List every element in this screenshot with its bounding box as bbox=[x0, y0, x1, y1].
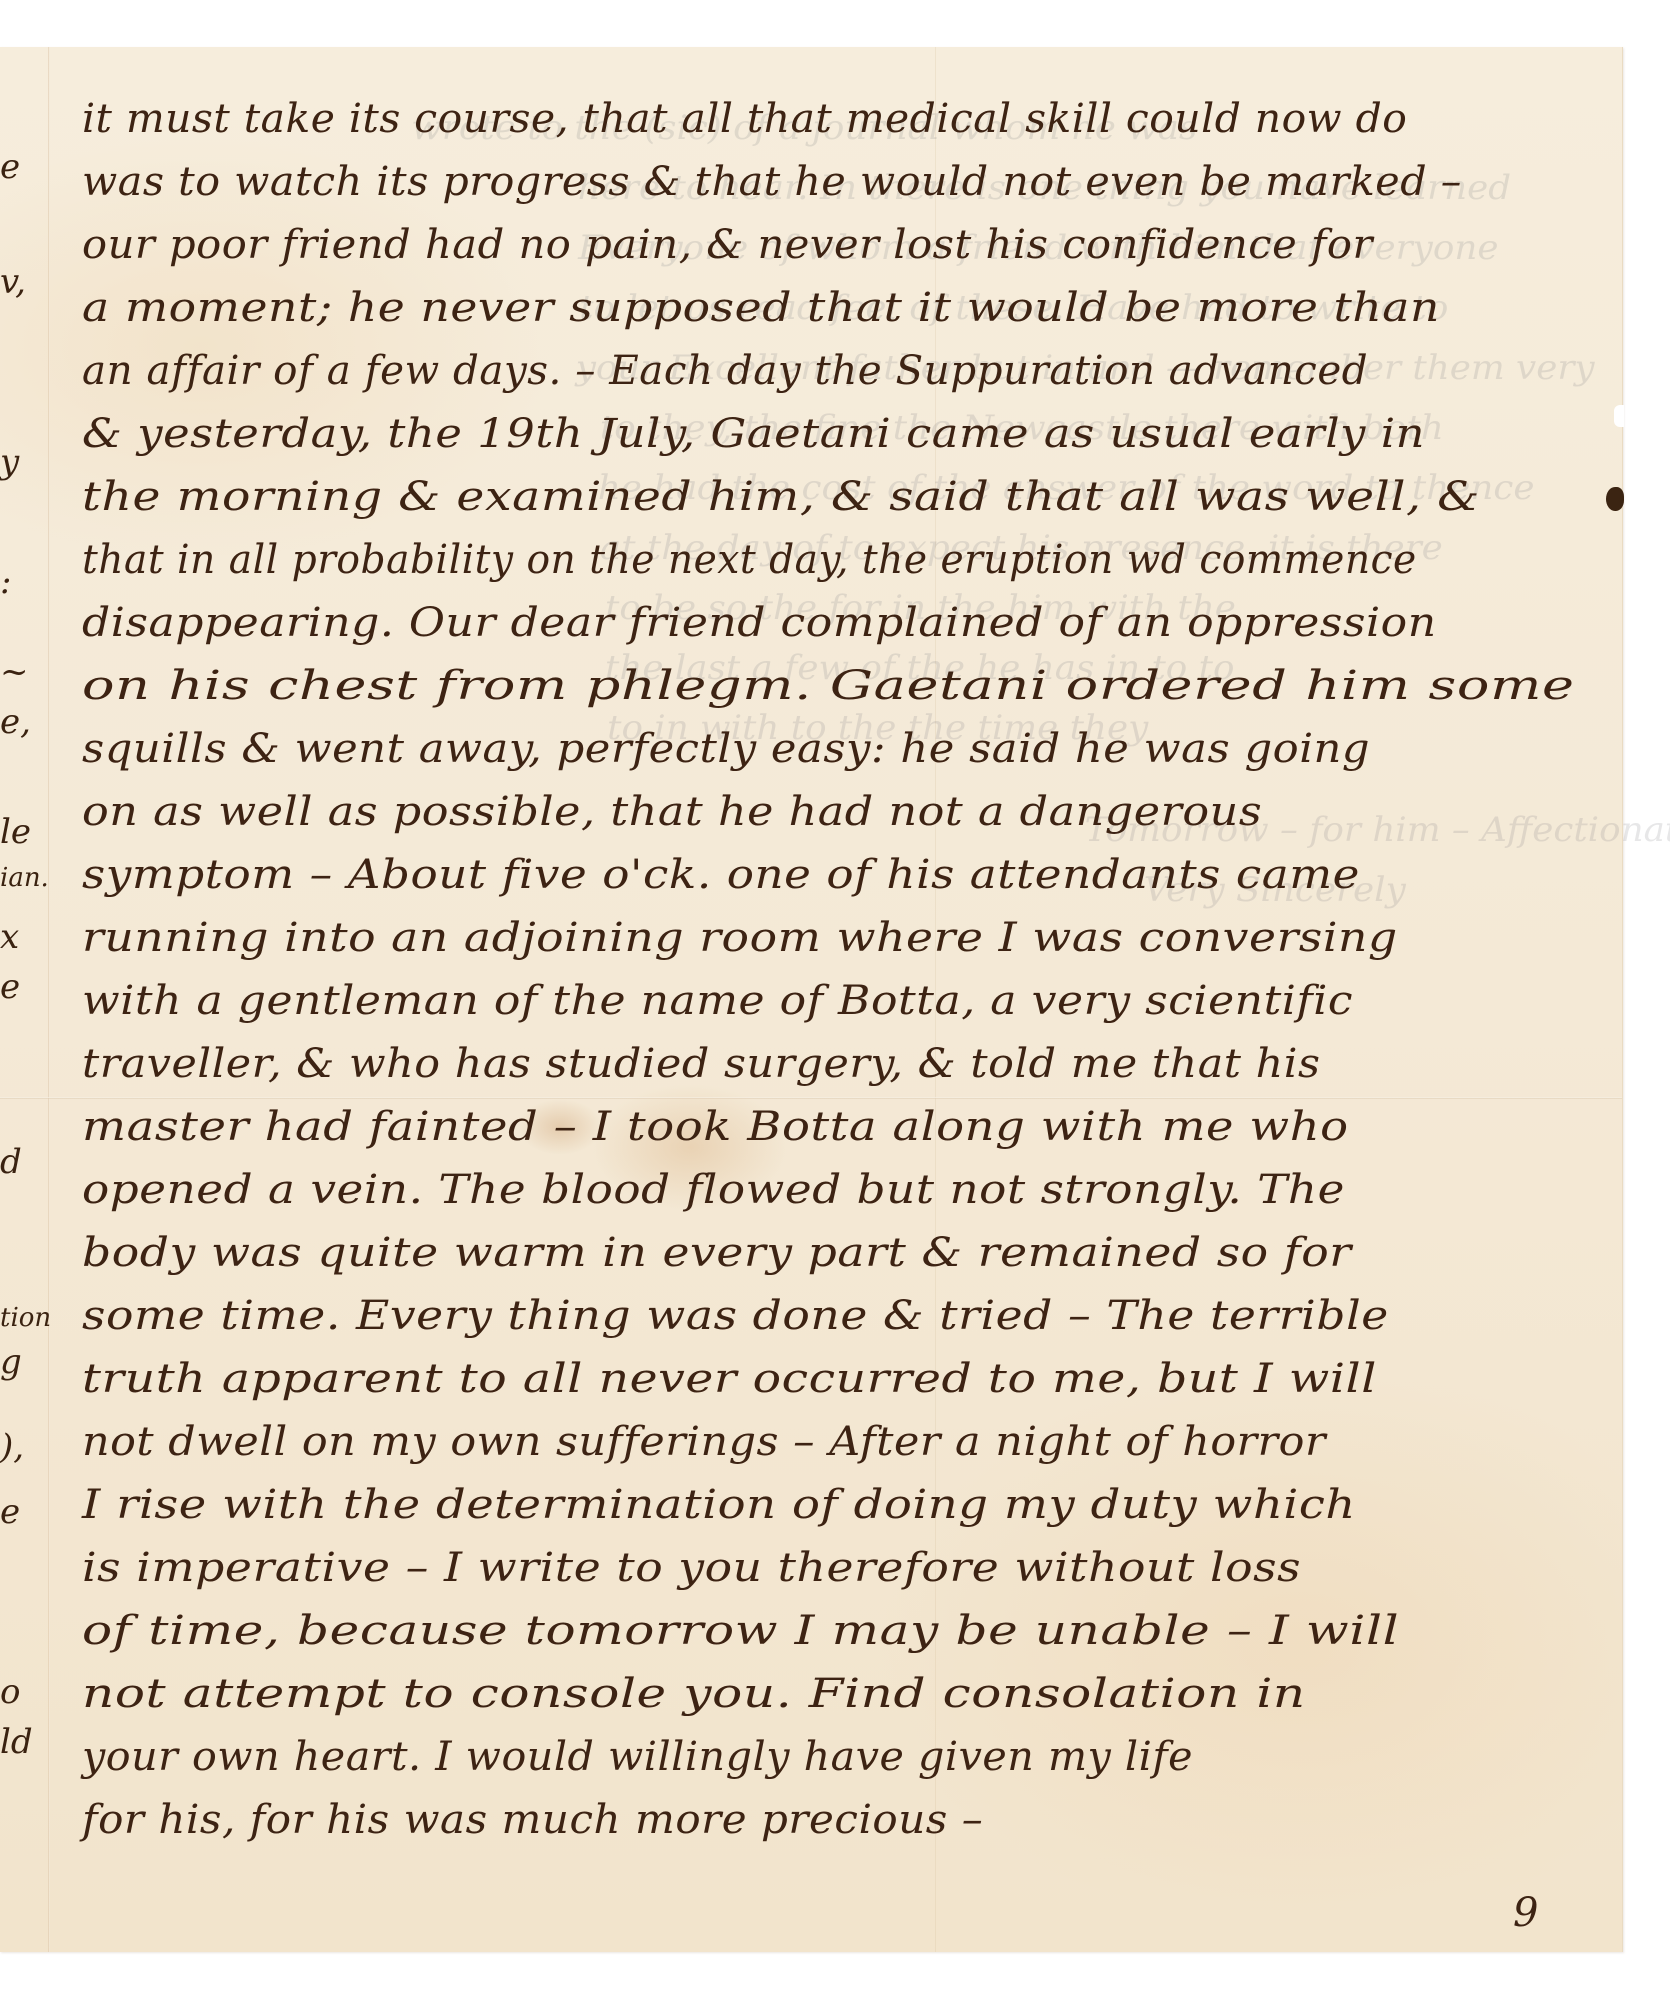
letter-line: disappearing. Our dear friend complained… bbox=[82, 600, 1437, 646]
margin-fragment: g bbox=[0, 1345, 22, 1379]
letter-line: squills & went away, perfectly easy: he … bbox=[82, 726, 1370, 772]
letter-line: that in all probability on the next day,… bbox=[82, 537, 1417, 583]
letter-line: the morning & examined him, & said that … bbox=[82, 474, 1480, 520]
letter-line: was to watch its progress & that he woul… bbox=[82, 159, 1462, 205]
margin-fragment: e bbox=[0, 150, 20, 184]
letter-line: opened a vein. The blood flowed but not … bbox=[82, 1167, 1345, 1213]
letter-line: body was quite warm in every part & rema… bbox=[82, 1230, 1352, 1276]
letter-line: an affair of a few days. – Each day the … bbox=[82, 348, 1368, 394]
horizontal-fold-crease bbox=[0, 1097, 1622, 1099]
margin-fragment: : bbox=[0, 565, 11, 599]
letter-line: on as well as possible, that he had not … bbox=[82, 789, 1262, 835]
margin-fragment: v, bbox=[0, 265, 26, 299]
margin-fragment: o bbox=[0, 1675, 20, 1709]
margin-fragment: e bbox=[0, 970, 20, 1004]
letter-line: is imperative – I write to you therefore… bbox=[82, 1545, 1301, 1591]
page-number: 9 bbox=[1513, 1890, 1538, 1936]
margin-fragment: ~ bbox=[0, 655, 29, 689]
margin-fragment: le bbox=[0, 815, 31, 849]
letter-line: on his chest from phlegm. Gaetani ordere… bbox=[82, 663, 1575, 709]
margin-fragment: x bbox=[0, 920, 19, 954]
margin-fragment: tion bbox=[0, 1305, 51, 1331]
letter-line: master had fainted – I took Botta along … bbox=[82, 1104, 1349, 1150]
letter-line: your own heart. I would willingly have g… bbox=[82, 1734, 1193, 1780]
letter-line: & yesterday, the 19th July, Gaetani came… bbox=[82, 411, 1425, 457]
margin-fragment: e, bbox=[0, 705, 31, 739]
letter-line: with a gentleman of the name of Botta, a… bbox=[82, 978, 1353, 1024]
letter-line: running into an adjoining room where I w… bbox=[82, 915, 1398, 961]
letter-line: our poor friend had no pain, & never los… bbox=[82, 222, 1373, 268]
ink-blot bbox=[1606, 487, 1624, 511]
margin-fragment: d bbox=[0, 1145, 22, 1179]
letter-line: for his, for his was much more precious … bbox=[82, 1797, 983, 1843]
margin-fragment: ), bbox=[0, 1430, 24, 1464]
margin-fragment: e bbox=[0, 1495, 20, 1529]
letter-line: not dwell on my own sufferings – After a… bbox=[82, 1419, 1326, 1465]
letter-line: it must take its course, that all that m… bbox=[82, 96, 1407, 142]
letter-line: truth apparent to all never occurred to … bbox=[82, 1356, 1377, 1402]
vertical-fold-crease bbox=[48, 47, 50, 1952]
letter-line: traveller, & who has studied surgery, & … bbox=[82, 1041, 1320, 1087]
adjacent-page-fragments: e v, y : ~ e, le ian. x e d tion g ), e … bbox=[0, 0, 48, 2000]
letter-line: symptom – About five o'ck. one of his at… bbox=[82, 852, 1360, 898]
letter-line: some time. Every thing was done & tried … bbox=[82, 1293, 1389, 1339]
letter-line: of time, because tomorrow I may be unabl… bbox=[82, 1608, 1399, 1654]
margin-fragment: ld bbox=[0, 1725, 33, 1759]
letter-line: I rise with the determination of doing m… bbox=[82, 1482, 1356, 1528]
margin-fragment: y bbox=[0, 445, 19, 479]
letter-line: not attempt to console you. Find consola… bbox=[82, 1671, 1306, 1717]
margin-fragment: ian. bbox=[0, 865, 49, 891]
letter-line: a moment; he never supposed that it woul… bbox=[82, 285, 1440, 331]
torn-edge-notch bbox=[1614, 405, 1624, 427]
